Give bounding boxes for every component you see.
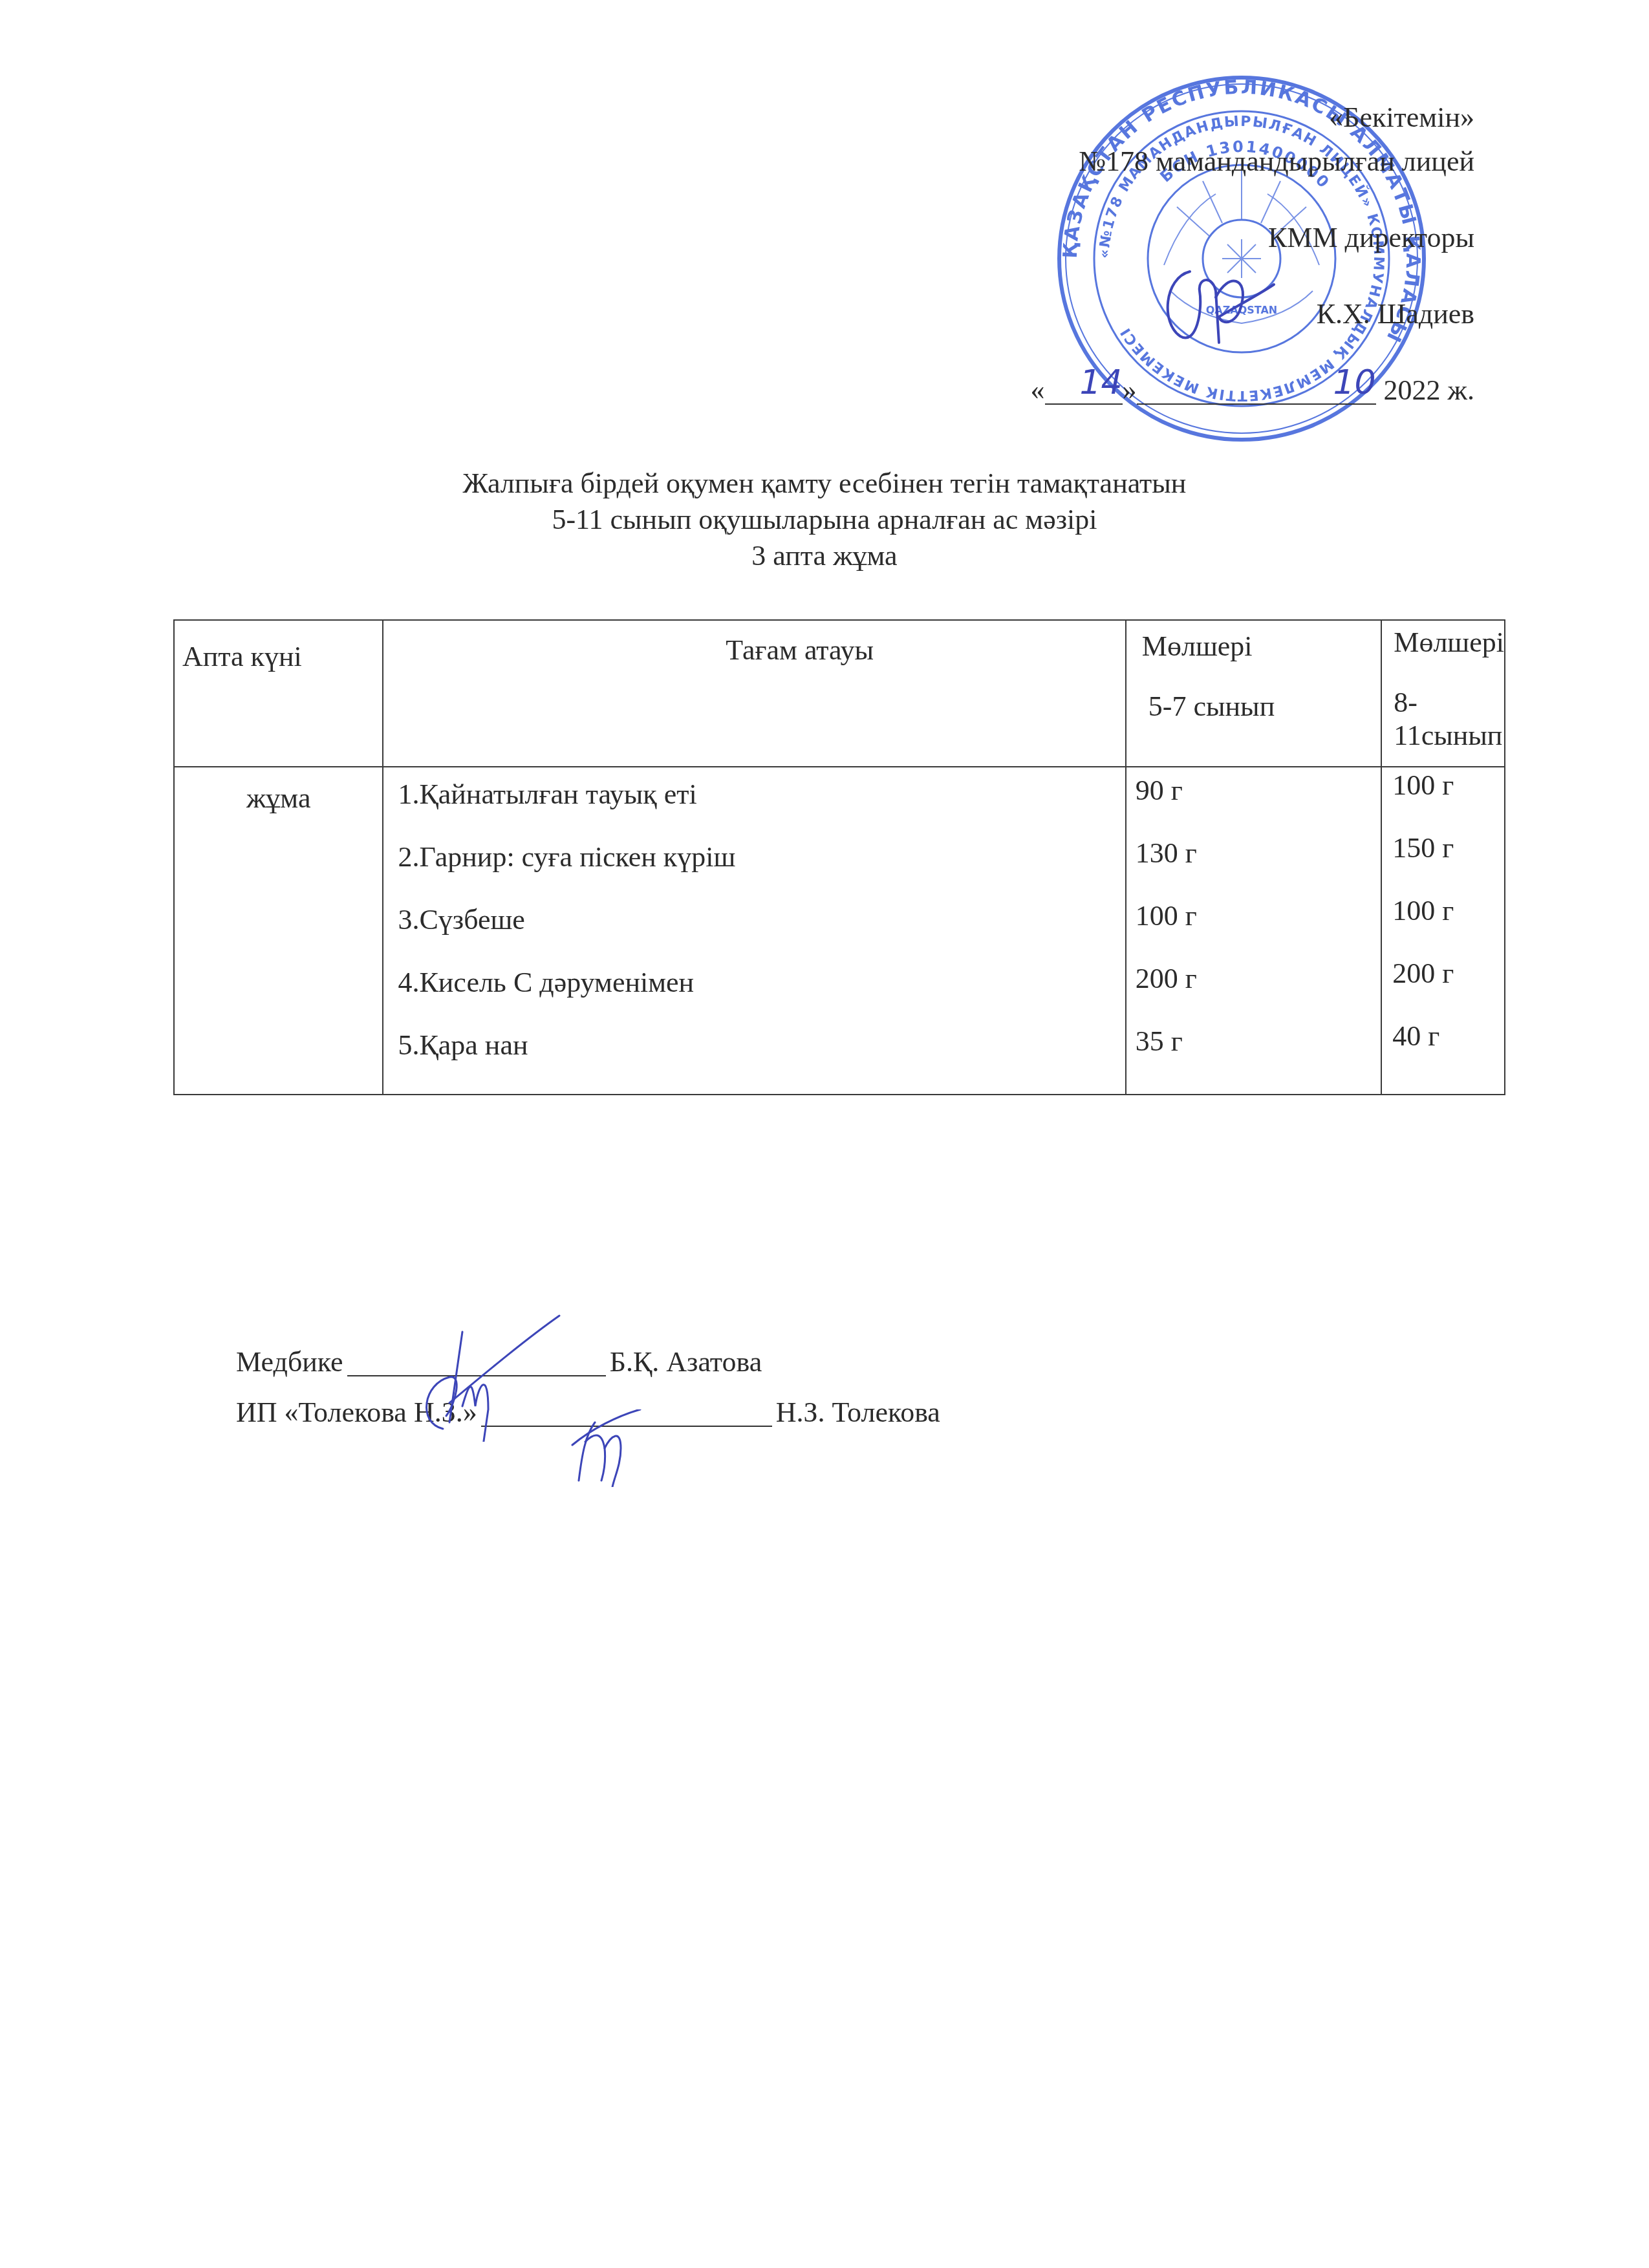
- date-close-quote: »: [1123, 376, 1137, 405]
- supplier-name: Н.З. Толекова: [776, 1398, 940, 1427]
- approval-date: « 14 » 10 2022 ж.: [1031, 376, 1474, 405]
- dish-list-cell: 1.Қайнатылған тауық еті 2.Гарнир: суға п…: [383, 767, 1125, 1095]
- approval-institution: №178 мамандандырылған лицей: [1031, 147, 1474, 176]
- qty-8-11-cell: 100 г 150 г 100 г 200 г 40 г: [1381, 767, 1505, 1095]
- qty-8-11-value: 40 г: [1392, 1022, 1504, 1085]
- approval-heading: «Бекітемін»: [1031, 103, 1474, 132]
- title-line-3: 3 апта жұма: [0, 538, 1649, 574]
- title-line-1: Жалпыға бірдей оқумен қамту есебінен тег…: [0, 465, 1649, 502]
- dish-item: 1.Қайнатылған тауық еті: [398, 780, 1125, 843]
- qty-5-7-value: 90 г: [1136, 776, 1381, 839]
- dish-item: 4.Кисель С дәруменімен: [398, 968, 1125, 1031]
- day-cell: жұма: [174, 767, 383, 1095]
- header-qty-5-7: Мөлшері 5-7 сынып: [1126, 620, 1381, 767]
- table-row: жұма 1.Қайнатылған тауық еті 2.Гарнир: с…: [174, 767, 1505, 1095]
- menu-table: Апта күні Тағам атауы Мөлшері 5-7 сынып …: [173, 619, 1505, 1095]
- qty-8-11-value: 150 г: [1392, 834, 1504, 897]
- header-qty-5-7-label: Мөлшері: [1142, 630, 1253, 662]
- director-signature: [1151, 246, 1280, 356]
- header-day: Апта күні: [174, 620, 383, 767]
- qty-5-7-value: 100 г: [1136, 902, 1381, 965]
- qty-5-7-value: 200 г: [1136, 965, 1381, 1027]
- qty-8-11-value: 100 г: [1392, 897, 1504, 959]
- qty-8-11-value: 100 г: [1392, 771, 1504, 834]
- table-header-row: Апта күні Тағам атауы Мөлшері 5-7 сынып …: [174, 620, 1505, 767]
- header-dish: Тағам атауы: [383, 620, 1125, 767]
- header-qty-8-11: Мөлшері 8-11сынып: [1381, 620, 1505, 767]
- header-qty-8-11-label: Мөлшері: [1394, 626, 1504, 658]
- header-qty-8-11-sub: 8-11сынып: [1394, 686, 1504, 752]
- date-open-quote: «: [1031, 376, 1045, 405]
- title-line-2: 5-11 сынып оқушыларына арналған ас мәзір…: [0, 502, 1649, 538]
- supplier-signature: [566, 1409, 643, 1487]
- dish-item: 3.Сүзбеше: [398, 906, 1125, 968]
- qty-5-7-value: 130 г: [1136, 839, 1381, 902]
- dish-item: 2.Гарнир: суға піскен күріш: [398, 843, 1125, 906]
- nurse-role: Медбике: [236, 1348, 343, 1376]
- qty-8-11-value: 200 г: [1392, 959, 1504, 1022]
- date-day-handwritten: 14: [1079, 363, 1122, 402]
- date-month-handwritten: 10: [1333, 363, 1375, 402]
- document-page: ҚАЗАҚСТАН РЕСПУБЛИКАСЫ АЛМАТЫ ҚАЛАСЫ «№1…: [0, 0, 1649, 2268]
- date-year: 2022 ж.: [1384, 376, 1474, 405]
- date-day-field: 14: [1045, 378, 1123, 405]
- qty-5-7-cell: 90 г 130 г 100 г 200 г 35 г: [1126, 767, 1381, 1095]
- nurse-name: Б.Қ. Азатова: [610, 1348, 762, 1376]
- qty-5-7-value: 35 г: [1136, 1027, 1381, 1090]
- date-month-field: 10: [1137, 378, 1376, 405]
- dish-item: 5.Қара нан: [398, 1031, 1125, 1094]
- document-title: Жалпыға бірдей оқумен қамту есебінен тег…: [0, 465, 1649, 574]
- header-qty-5-7-sub: 5-7 сынып: [1142, 690, 1381, 723]
